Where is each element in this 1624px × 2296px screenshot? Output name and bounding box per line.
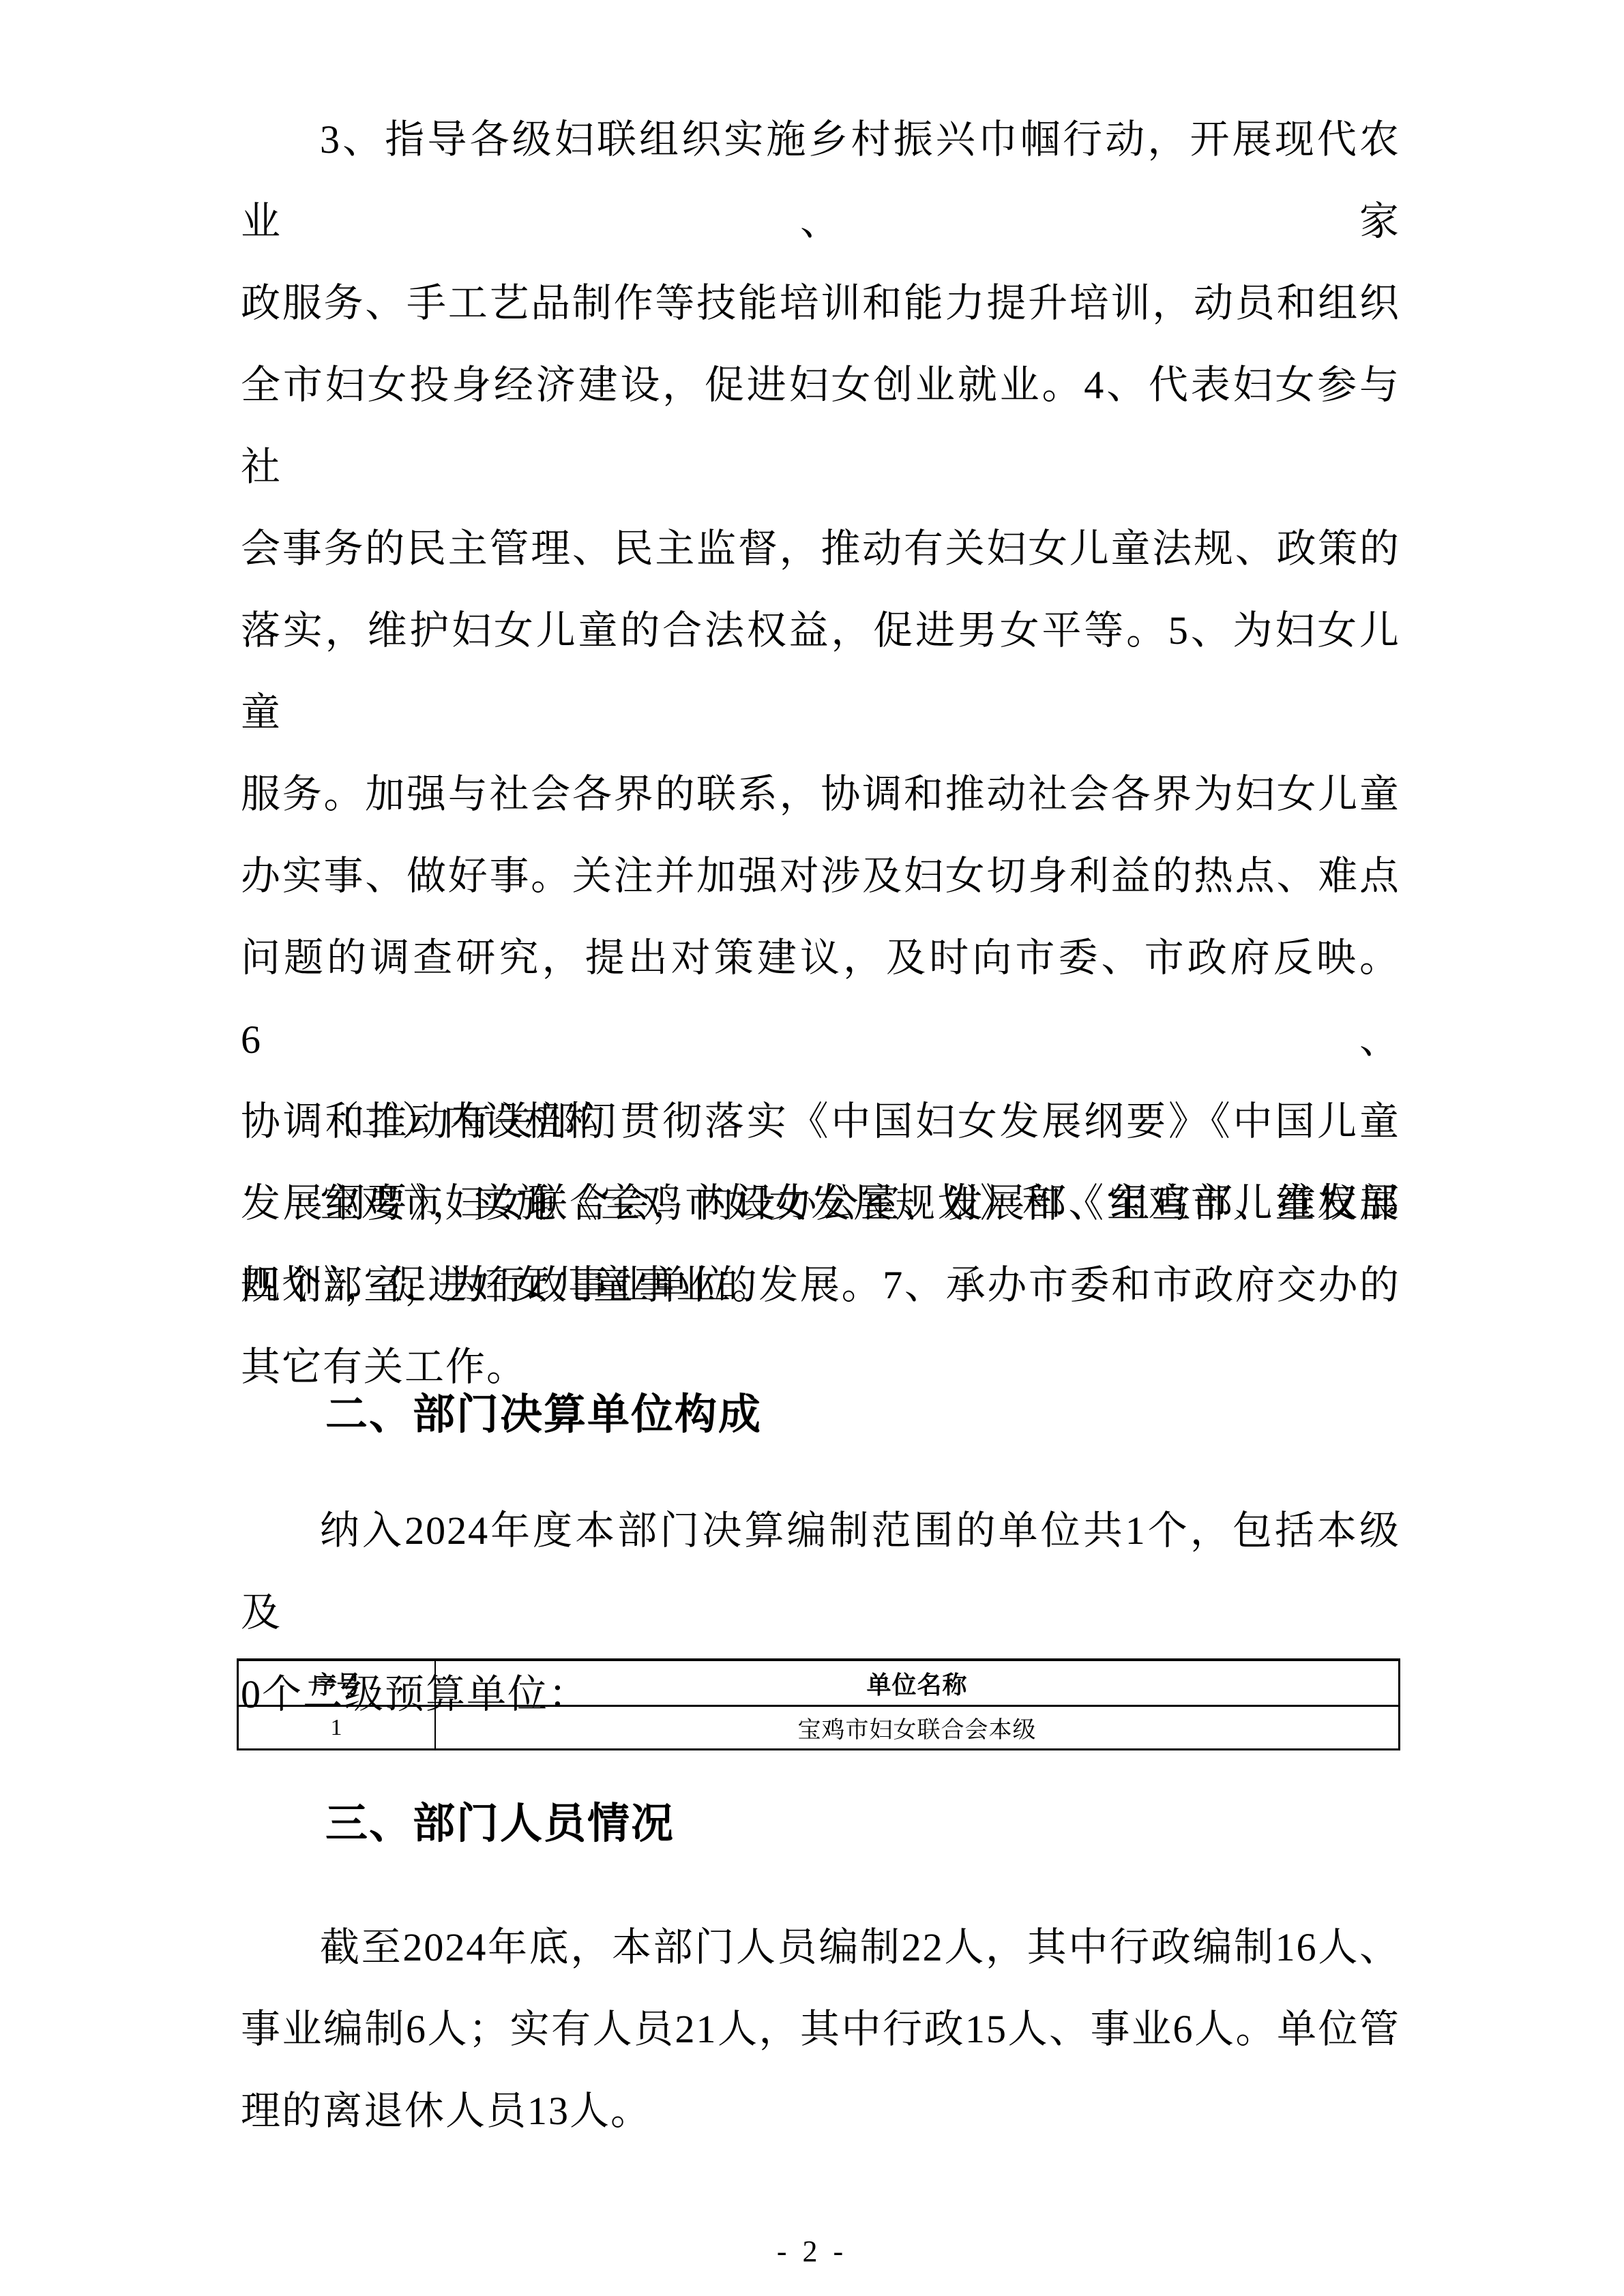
text-line: 纳入2024年度本部门决算编制范围的单位共1个，包括本级及 <box>241 1490 1400 1654</box>
text-line: 四个部室，为行政事业单位。 <box>241 1244 1400 1326</box>
paragraph-internal-organs: 宝鸡市妇女联合会，内设办公室、发展部、组宣部、维权部四个部室，为行政事业单位。 <box>241 1163 1400 1326</box>
units-table: 序号 单位名称 1 宝鸡市妇女联合会本级 <box>237 1658 1400 1750</box>
text-line: 落实，维护妇女儿童的合法权益，促进男女平等。5、为妇女儿童 <box>241 590 1400 754</box>
section-heading-unit-composition: 二、部门决算单位构成 <box>241 1374 1400 1456</box>
cell-unit-name: 宝鸡市妇女联合会本级 <box>435 1706 1400 1750</box>
page-number: - 2 - <box>0 2231 1624 2272</box>
text-line: 事业编制6人；实有人员21人，其中行政15人、事业6人。单位管 <box>241 1988 1400 2070</box>
document-page: 3、指导各级妇联组织实施乡村振兴巾帼行动，开展现代农业、家政服务、手工艺品制作等… <box>0 0 1624 2296</box>
text-line: 全市妇女投身经济建设，促进妇女创业就业。4、代表妇女参与社 <box>241 344 1400 508</box>
text-line: 服务。加强与社会各界的联系，协调和推动社会各界为妇女儿童 <box>241 754 1400 835</box>
text-line: 办实事、做好事。关注并加强对涉及妇女切身利益的热点、难点 <box>241 835 1400 917</box>
text-line: 3、指导各级妇联组织实施乡村振兴巾帼行动，开展现代农业、家 <box>241 99 1400 263</box>
header-cell-serial-number: 序号 <box>238 1660 436 1706</box>
subsection-heading-internal-organs: （二）内设机构 <box>241 1081 1400 1163</box>
page-content: 3、指导各级妇联组织实施乡村振兴巾帼行动，开展现代农业、家政服务、手工艺品制作等… <box>241 0 1400 2296</box>
cell-serial-number: 1 <box>238 1706 436 1750</box>
section-heading-personnel: 三、部门人员情况 <box>241 1783 1400 1865</box>
text-line: 理的离退休人员13人。 <box>241 2070 1400 2152</box>
text-line: 政服务、手工艺品制作等技能培训和能力提升培训，动员和组织 <box>241 263 1400 344</box>
text-line: 截至2024年底，本部门人员编制22人，其中行政编制16人、 <box>241 1907 1400 1988</box>
units-table-row: 1 宝鸡市妇女联合会本级 <box>238 1706 1400 1750</box>
units-table-header-row: 序号 单位名称 <box>238 1660 1400 1706</box>
header-cell-unit-name: 单位名称 <box>435 1660 1400 1706</box>
text-line: 会事务的民主管理、民主监督，推动有关妇女儿童法规、政策的 <box>241 508 1400 590</box>
paragraph-personnel: 截至2024年底，本部门人员编制22人，其中行政编制16人、事业编制6人；实有人… <box>241 1907 1400 2152</box>
text-line: 宝鸡市妇女联合会，内设办公室、发展部、组宣部、维权部 <box>241 1163 1400 1244</box>
text-line: 问题的调查研究，提出对策建议，及时向市委、市政府反映。6、 <box>241 917 1400 1081</box>
